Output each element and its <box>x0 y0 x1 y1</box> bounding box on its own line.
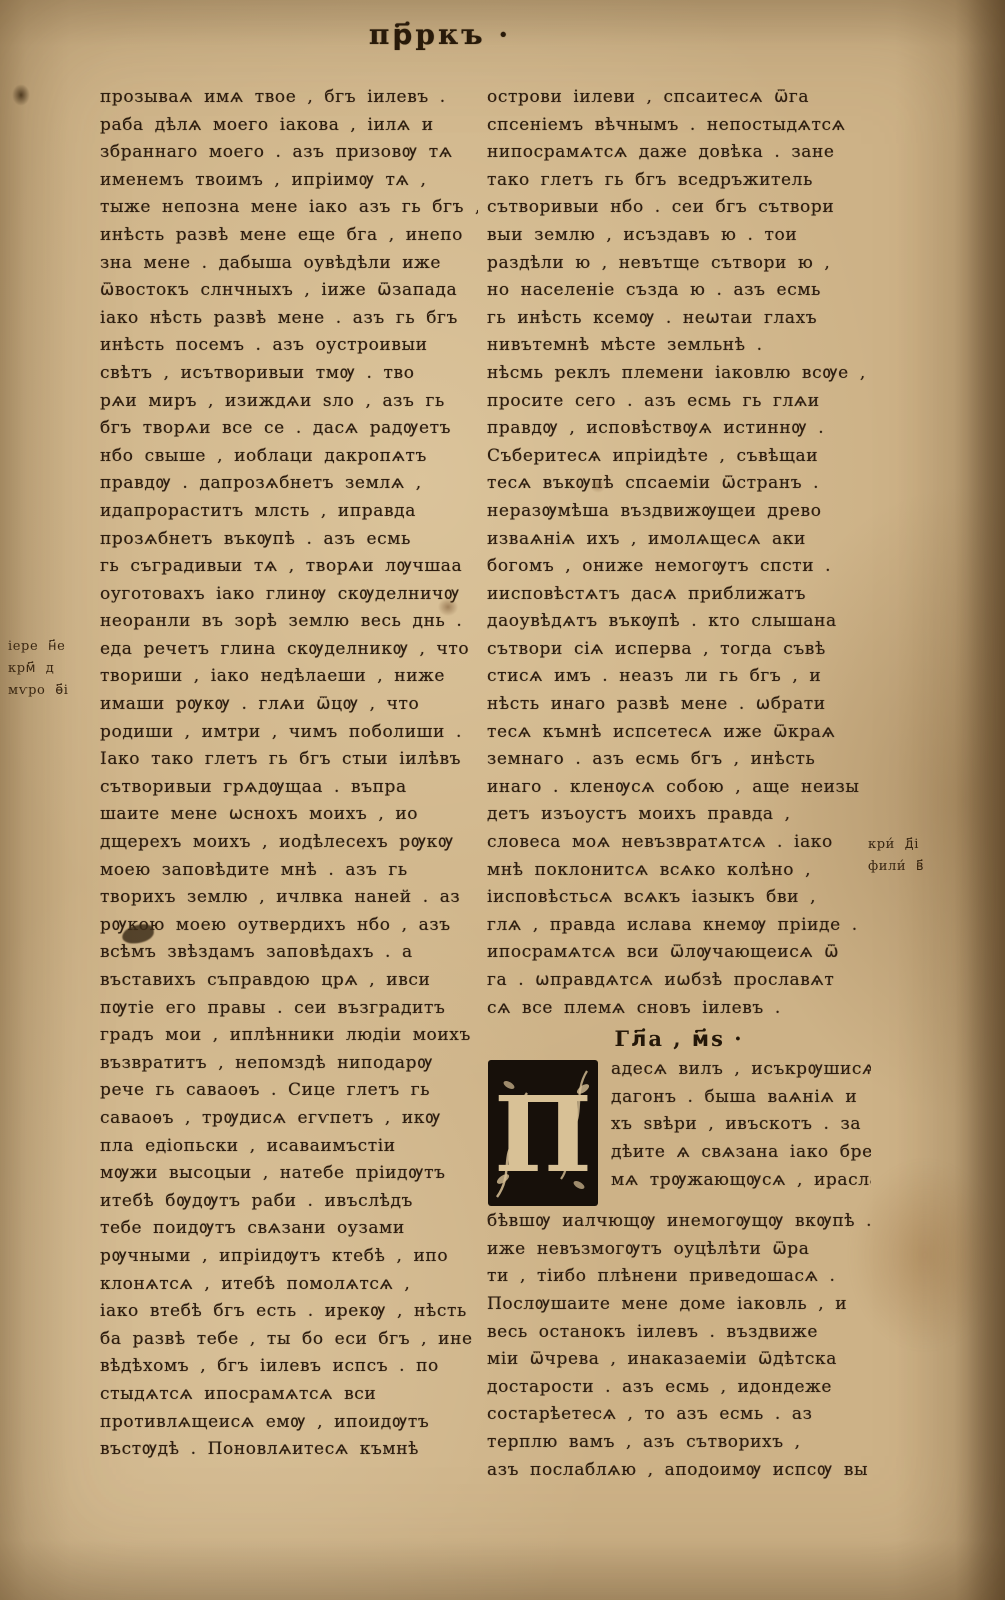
text-line: прозѧбнетъ въкѹпѣ . азъ есмь <box>100 526 478 554</box>
text-line: неоранли въ зорѣ землю весь днь . <box>100 608 478 636</box>
text-line: иисповѣстѧтъ дасѧ приближатъ <box>487 581 871 609</box>
text-line: состарѣетесѧ , то азъ есмь . аз <box>487 1401 871 1429</box>
text-line: нипосрамѧтсѧ даже довѣка . зане <box>487 139 871 167</box>
text-line: дагонъ . быша ваѧніѧ и <box>611 1084 871 1112</box>
text-line: творихъ землю , ичлвка наней . аз <box>100 884 478 912</box>
text-line: раба дѣлѧ моего іакова , іилѧ и <box>100 112 478 140</box>
text-line: рече гь саваоѳъ . Сице глетъ гь <box>100 1077 478 1105</box>
stain <box>850 1160 1000 1350</box>
text-line: сътворивыи нбо . сеи бгъ сътвори <box>487 194 871 222</box>
text-line: Послѹшаите мене доме іаковль , и <box>487 1291 871 1319</box>
text-line: сътворивыи грѧдѹщаа . въпра <box>100 774 478 802</box>
text-line: мнѣ поклонитсѧ всѧко колѣно , <box>487 857 871 885</box>
text-line: еда речетъ глина скѹделникѹ , что <box>100 636 478 664</box>
text-line: стисѧ имъ . неазъ ли гь бгъ , и <box>487 663 871 691</box>
text-line: выи землю , исъздавъ ю . тои <box>487 222 871 250</box>
margin-note-right: кри́ д҃іфили́ в҃ <box>868 834 988 878</box>
text-line: неразѹмѣша въздвижѹщеи древо <box>487 498 871 526</box>
text-line: въставихъ съправдою црѧ , ивси <box>100 967 478 995</box>
text-line: достарости . азъ есмь , идондеже <box>487 1374 871 1402</box>
text-line: нѣсмь реклъ племени іаковлю всѹе , <box>487 360 871 388</box>
text-line: даоувѣдѧтъ въкѹпѣ . кто слышана <box>487 608 871 636</box>
book-page: пр҃ркъ · прозываѧ имѧ твое , бгъ іилевъ … <box>0 0 1005 1600</box>
text-line: нбо свыше , иоблаци дакропѧтъ <box>100 443 478 471</box>
page-gutter-shadow <box>955 0 1005 1600</box>
text-line: богомъ , ониже немогѹтъ спсти . <box>487 553 871 581</box>
text-line: просите сего . азъ есмь гь глѧи <box>487 388 871 416</box>
text-line: изваѧніѧ ихъ , имолѧщесѧ аки <box>487 526 871 554</box>
text-line: весь останокъ іилевъ . въздвиже <box>487 1319 871 1347</box>
text-line: глѧ , правда ислава кнемѹ пріиде . <box>487 912 871 940</box>
text-line: противлѧщеисѧ емѹ , ипоидѹтъ <box>100 1409 478 1437</box>
text-line: земнаго . азъ есмь бгъ , инѣсть <box>487 746 871 774</box>
text-line: тебе поидѹтъ свѧзани оузами <box>100 1215 478 1243</box>
text-line: възвратитъ , непомздѣ ниподарѹ <box>100 1050 478 1078</box>
text-line: инѣсть развѣ мене еще бга , инепо <box>100 222 478 250</box>
text-line: мѹжи высоцыи , натебе пріидѹтъ <box>100 1160 478 1188</box>
text-line: тесѧ въкѹпѣ спсаеміи ѿстранъ . <box>487 470 871 498</box>
text-line: правдѹ , исповѣствѹѧ истиннѹ . <box>487 415 871 443</box>
text-line: рѹчными , ипріидѹтъ ктебѣ , ипо <box>100 1243 478 1271</box>
chapter-opening: П адесѧ вилъ , исъкрѹшисѧдагонъ . быша в… <box>487 1056 871 1208</box>
text-line: пѹтіе его правы . сеи възградитъ <box>100 995 478 1023</box>
text-line: Іако тако глетъ гь бгъ стыи іилѣвъ <box>100 746 478 774</box>
text-line: детъ изъоустъ моихъ правда , <box>487 801 871 829</box>
text-line: родиши , имтри , чимъ поболиши . <box>100 719 478 747</box>
text-line: іако нѣсть развѣ мене . азъ гь бгъ <box>100 305 478 333</box>
text-line: имаши рѹкѹ . глѧи ѿцѹ , что <box>100 691 478 719</box>
text-line: га . ѡправдѧтсѧ иѡбзѣ прославѧт <box>487 967 871 995</box>
right-column-top-lines: острови іилеви , спсаитесѧ ѿгаспсеніемъ … <box>487 84 871 1022</box>
margin-reference: мѵро ѳ҃і <box>8 680 96 702</box>
margin-reference: крм҃ д <box>8 658 96 680</box>
text-line: рѹкою моею оутвердихъ нбо , азъ <box>100 912 478 940</box>
text-line: нивътемнѣ мѣсте земльнѣ . <box>487 332 871 360</box>
text-line: хъ ѕвѣри , ивъскотъ . за <box>611 1111 871 1139</box>
text-line: нѣсть инаго развѣ мене . ѡбрати <box>487 691 871 719</box>
text-line: инаго . кленѹсѧ собою , аще неизы <box>487 774 871 802</box>
text-line: адесѧ вилъ , исъкрѹшисѧ <box>611 1056 871 1084</box>
running-title: пр҃ркъ · <box>0 18 880 51</box>
text-line: идапрораститъ млсть , иправда <box>100 498 478 526</box>
text-column-right: острови іилеви , спсаитесѧ ѿгаспсеніемъ … <box>487 84 871 1484</box>
text-line: ти , тіибо плѣнени приведошасѧ . <box>487 1263 871 1291</box>
chapter-indented-lines: адесѧ вилъ , исъкрѹшисѧдагонъ . быша ваѧ… <box>611 1056 871 1194</box>
text-line: терплю вамъ , азъ сътворихъ , <box>487 1429 871 1457</box>
text-line: гь съградивыи тѧ , творѧи лѹчшаа <box>100 553 478 581</box>
text-line: гь инѣсть ксемѹ . неѡтаи глахъ <box>487 305 871 333</box>
text-line: саваоѳъ , трѹдисѧ егѵпетъ , икѹ <box>100 1105 478 1133</box>
text-line: тесѧ къмнѣ испсетесѧ иже ѿкраѧ <box>487 719 871 747</box>
text-line: моею заповѣдите мнѣ . азъ гь <box>100 857 478 885</box>
text-line: шаите мене ѡснохъ моихъ , ио <box>100 801 478 829</box>
text-line: сътвори сіѧ исперва , тогда съвѣ <box>487 636 871 664</box>
text-line: тако глетъ гь бгъ вседръжитель <box>487 167 871 195</box>
text-line: градъ мои , иплѣнники людіи моихъ <box>100 1022 478 1050</box>
text-line: твориши , іако недѣлаеши , ниже <box>100 663 478 691</box>
text-line: всѣмъ звѣздамъ заповѣдахъ . а <box>100 939 478 967</box>
text-line: свѣтъ , исътворивыи тмѹ . тво <box>100 360 478 388</box>
text-line: ба развѣ тебе , ты бо еси бгъ , ине <box>100 1326 478 1354</box>
text-line: міи ѿчрева , инаказаеміи ѿдѣтска <box>487 1346 871 1374</box>
ornate-initial-woodcut: П <box>487 1059 599 1207</box>
text-line: иже невъзмогѹтъ оуцѣлѣти ѿра <box>487 1236 871 1264</box>
text-line: клонѧтсѧ , итебѣ помолѧтсѧ , <box>100 1271 478 1299</box>
text-line: стыдѧтсѧ ипосрамѧтсѧ вси <box>100 1381 478 1409</box>
margin-reference: фили́ в҃ <box>868 856 988 878</box>
text-line: дѣите ѧ свѧзана іако бре <box>611 1139 871 1167</box>
text-line: но населеніе създа ю . азъ есмь <box>487 277 871 305</box>
margin-reference: іере н҃е <box>8 636 96 658</box>
text-line: словеса моѧ невъзвратѧтсѧ . іако <box>487 829 871 857</box>
text-line: тыже непозна мене іако азъ гь бгъ , <box>100 194 478 222</box>
text-line: правдѹ . дапрозѧбнетъ землѧ , <box>100 470 478 498</box>
text-line: спсеніемъ вѣчнымъ . непостыдѧтсѧ <box>487 112 871 140</box>
chapter-continuation-lines: бѣвшѹ иалчющѹ инемогѹщѹ вкѹпѣ .иже невъз… <box>487 1208 871 1484</box>
text-line: Съберитесѧ ипріидѣте , съвѣщаи <box>487 443 871 471</box>
chapter-heading: Гл҃а , м҃ѕ · <box>487 1022 871 1056</box>
text-line: дщерехъ моихъ , иодѣлесехъ рѹкѹ <box>100 829 478 857</box>
text-line: ѿвостокъ слнчныхъ , іиже ѿзапада <box>100 277 478 305</box>
text-line: ипосрамѧтсѧ вси ѿлѹчающеисѧ ѿ <box>487 939 871 967</box>
text-line: рѧи миръ , изиждѧи ѕло , азъ гь <box>100 388 478 416</box>
text-line: іисповѣстьсѧ всѧкъ іазыкъ бви , <box>487 884 871 912</box>
stain <box>12 84 30 106</box>
text-line: бгъ творѧи все се . дасѧ радѹетъ <box>100 415 478 443</box>
text-line: инѣсть посемъ . азъ оустроивыи <box>100 332 478 360</box>
text-line: зна мене . дабыша оувѣдѣли иже <box>100 250 478 278</box>
text-line: іако втебѣ бгъ есть . ирекѹ , нѣсть <box>100 1298 478 1326</box>
text-line: сѧ все племѧ сновъ іилевъ . <box>487 995 871 1023</box>
text-line: азъ послаблѧю , аподоимѹ испсѹ вы <box>487 1457 871 1485</box>
text-line: збраннаго моего . азъ призовѹ тѧ <box>100 139 478 167</box>
text-line: прозываѧ имѧ твое , бгъ іилевъ . <box>100 84 478 112</box>
text-line: бѣвшѹ иалчющѹ инемогѹщѹ вкѹпѣ . <box>487 1208 871 1236</box>
text-line: раздѣли ю , невътще сътвори ю , <box>487 250 871 278</box>
drop-cap-letter: П <box>494 1073 592 1196</box>
text-column-left: прозываѧ имѧ твое , бгъ іилевъ .раба дѣл… <box>100 84 478 1464</box>
text-line: итебѣ бѹдѹтъ раби . ивъслѣдъ <box>100 1188 478 1216</box>
margin-reference: кри́ д҃і <box>868 834 988 856</box>
text-line: пла едіопьски , исаваимъстіи <box>100 1133 478 1161</box>
text-line: въстѹдѣ . Поновлѧитесѧ къмнѣ <box>100 1436 478 1464</box>
text-line: мѧ трѹжающѹсѧ , ирасла <box>611 1167 871 1195</box>
text-line: острови іилеви , спсаитесѧ ѿга <box>487 84 871 112</box>
text-line: оуготовахъ іако глинѹ скѹделничѹ <box>100 581 478 609</box>
margin-note-left: іере н҃екрм҃ дмѵро ѳ҃і <box>8 636 96 702</box>
text-line: вѣдѣхомъ , бгъ іилевъ испсъ . по <box>100 1353 478 1381</box>
text-line: именемъ твоимъ , ипріимѹ тѧ , <box>100 167 478 195</box>
